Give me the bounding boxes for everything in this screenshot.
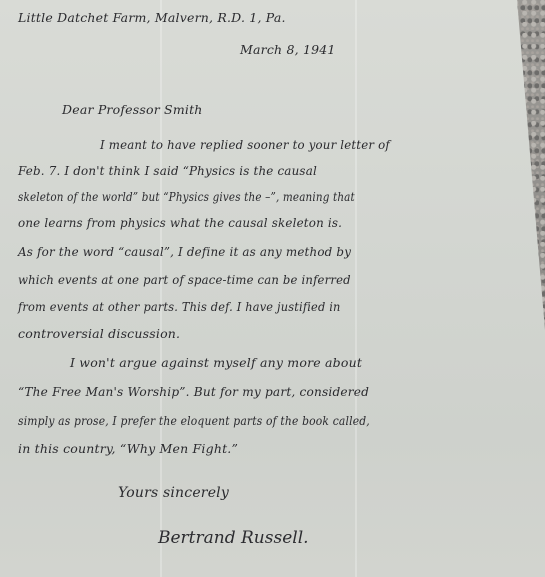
paper-fold-line xyxy=(355,0,357,577)
body-line: skeleton of the world” but “Physics give… xyxy=(18,189,355,204)
body-line: As for the word “causal”, I define it as… xyxy=(18,244,351,259)
body-line: from events at other parts. This def. I … xyxy=(18,299,341,314)
letter-paper: Little Datchet Farm, Malvern, R.D. 1, Pa… xyxy=(0,0,545,577)
closing: Yours sincerely xyxy=(118,485,229,501)
sender-address: Little Datchet Farm, Malvern, R.D. 1, Pa… xyxy=(18,10,286,25)
body-line: I won't argue against myself any more ab… xyxy=(70,355,362,370)
body-line: I meant to have replied sooner to your l… xyxy=(100,137,390,152)
body-line: Feb. 7. I don't think I said “Physics is… xyxy=(18,163,317,178)
letter-date: March 8, 1941 xyxy=(240,42,336,57)
signature: Bertrand Russell. xyxy=(158,528,309,548)
salutation: Dear Professor Smith xyxy=(62,102,203,117)
body-line: which events at one part of space-time c… xyxy=(18,272,351,287)
body-line: one learns from physics what the causal … xyxy=(18,215,342,230)
body-line: controversial discussion. xyxy=(18,326,180,341)
body-line: “The Free Man's Worship”. But for my par… xyxy=(18,384,369,399)
body-line: in this country, “Why Men Fight.” xyxy=(18,441,238,456)
body-line: simply as prose, I prefer the eloquent p… xyxy=(18,413,370,428)
